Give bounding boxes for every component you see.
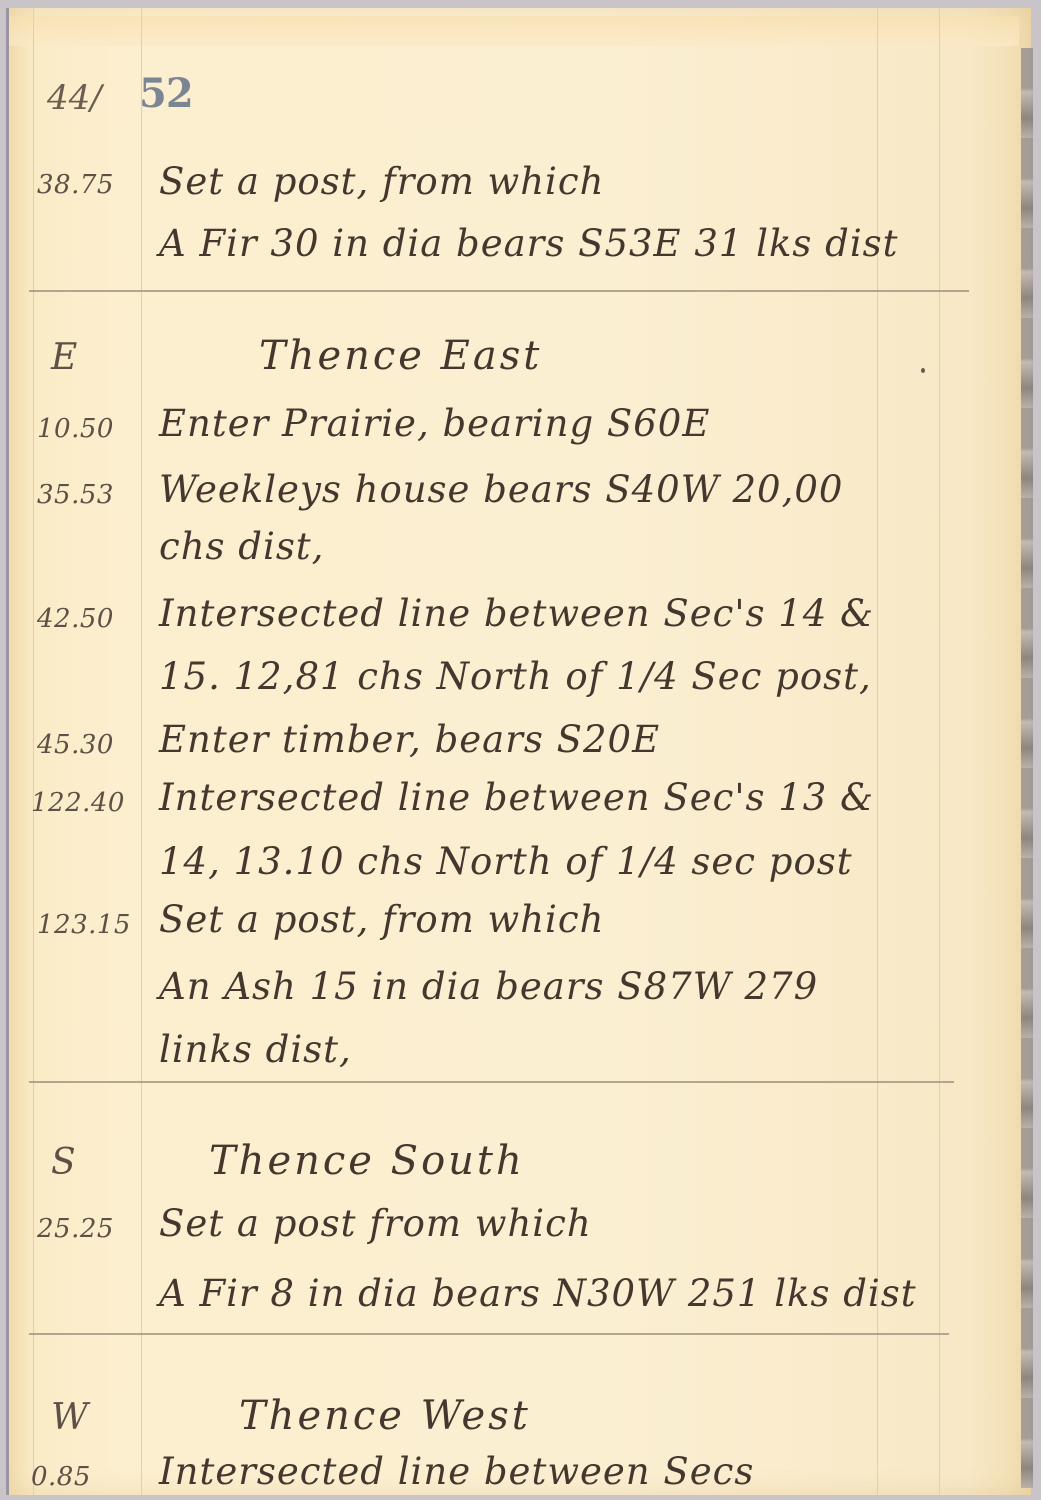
- entry-row: 15. 12,81 chs North of 1/4 Sec post,: [9, 653, 1031, 713]
- entry-row: 122.40 Intersected line between Sec's 13…: [9, 774, 1031, 834]
- ink-dot: [921, 368, 925, 373]
- chain-distance: 25.25: [37, 1214, 147, 1244]
- entry-text: Set a post, from which: [159, 898, 604, 941]
- entry-row: 14, 13.10 chs North of 1/4 sec post: [9, 838, 1031, 898]
- entry-row: A Fir 8 in dia bears N30W 251 lks dist: [9, 1270, 1031, 1330]
- entry-row: A Fir 30 in dia bears S53E 31 lks dist: [9, 220, 1031, 280]
- section-heading-row: E Thence East: [9, 333, 1031, 393]
- section-heading-west: Thence West: [239, 1393, 531, 1439]
- entry-row: 45.30 Enter timber, bears S20E: [9, 716, 1031, 776]
- entry-row: 38.75 Set a post, from which: [9, 158, 1031, 218]
- chain-distance: 122.40: [31, 788, 141, 818]
- chain-distance: 45.30: [37, 730, 147, 760]
- entry-text: Intersected line between Secs: [159, 1450, 754, 1493]
- entry-text: chs dist,: [159, 525, 324, 568]
- chain-distance: 38.75: [37, 170, 147, 200]
- entry-text: An Ash 15 in dia bears S87W 279: [159, 965, 818, 1008]
- entry-row: 42.50 Intersected line between Sec's 14 …: [9, 590, 1031, 650]
- entry-text: Enter Prairie, bearing S60E: [159, 402, 710, 445]
- entry-text: A Fir 8 in dia bears N30W 251 lks dist: [159, 1272, 917, 1315]
- entry-text: Intersected line between Sec's 14 &: [159, 592, 874, 635]
- entry-row: An Ash 15 in dia bears S87W 279: [9, 963, 1031, 1023]
- entry-row: 35.53 Weekleys house bears S40W 20,00: [9, 466, 1031, 526]
- direction-mark-west: W: [51, 1397, 161, 1438]
- entry-text: Enter timber, bears S20E: [159, 718, 660, 761]
- entry-row: 0.85 Intersected line between Secs: [9, 1448, 1031, 1500]
- entry-text: Set a post from which: [159, 1202, 592, 1245]
- entry-text: Set a post, from which: [159, 160, 604, 203]
- section-heading-row: W Thence West: [9, 1393, 1031, 1453]
- section-divider: [29, 1081, 954, 1083]
- entry-text: 14, 13.10 chs North of 1/4 sec post: [159, 840, 853, 883]
- section-divider: [29, 290, 969, 292]
- entry-text: 15. 12,81 chs North of 1/4 Sec post,: [159, 655, 872, 698]
- entry-text: links dist,: [159, 1028, 352, 1071]
- chain-distance: 123.15: [37, 910, 147, 940]
- section-heading-row: S Thence South: [9, 1138, 1031, 1198]
- section-heading-east: Thence East: [259, 333, 542, 379]
- entry-row: 25.25 Set a post from which: [9, 1200, 1031, 1260]
- stamped-page-number: 52: [139, 70, 193, 117]
- page-top-band: [9, 16, 1019, 46]
- handwritten-page-number: 44/: [47, 78, 102, 118]
- chain-distance: 0.85: [31, 1462, 141, 1492]
- ledger-page: 44/ 52 38.75 Set a post, from which A Fi…: [6, 8, 1031, 1495]
- direction-mark-east: E: [51, 337, 161, 378]
- chain-distance: 35.53: [37, 480, 147, 510]
- section-divider: [29, 1333, 949, 1335]
- section-heading-south: Thence South: [209, 1138, 525, 1184]
- entry-row: chs dist,: [9, 523, 1031, 583]
- chain-distance: 10.50: [37, 414, 147, 444]
- entry-text: Weekleys house bears S40W 20,00: [159, 468, 843, 511]
- entry-text: A Fir 30 in dia bears S53E 31 lks dist: [159, 222, 899, 265]
- direction-mark-south: S: [51, 1142, 161, 1183]
- entry-row: 123.15 Set a post, from which: [9, 896, 1031, 956]
- chain-distance: 42.50: [37, 604, 147, 634]
- entry-row: 10.50 Enter Prairie, bearing S60E: [9, 400, 1031, 460]
- entry-text: Intersected line between Sec's 13 &: [159, 776, 874, 819]
- entry-row: links dist,: [9, 1026, 1031, 1086]
